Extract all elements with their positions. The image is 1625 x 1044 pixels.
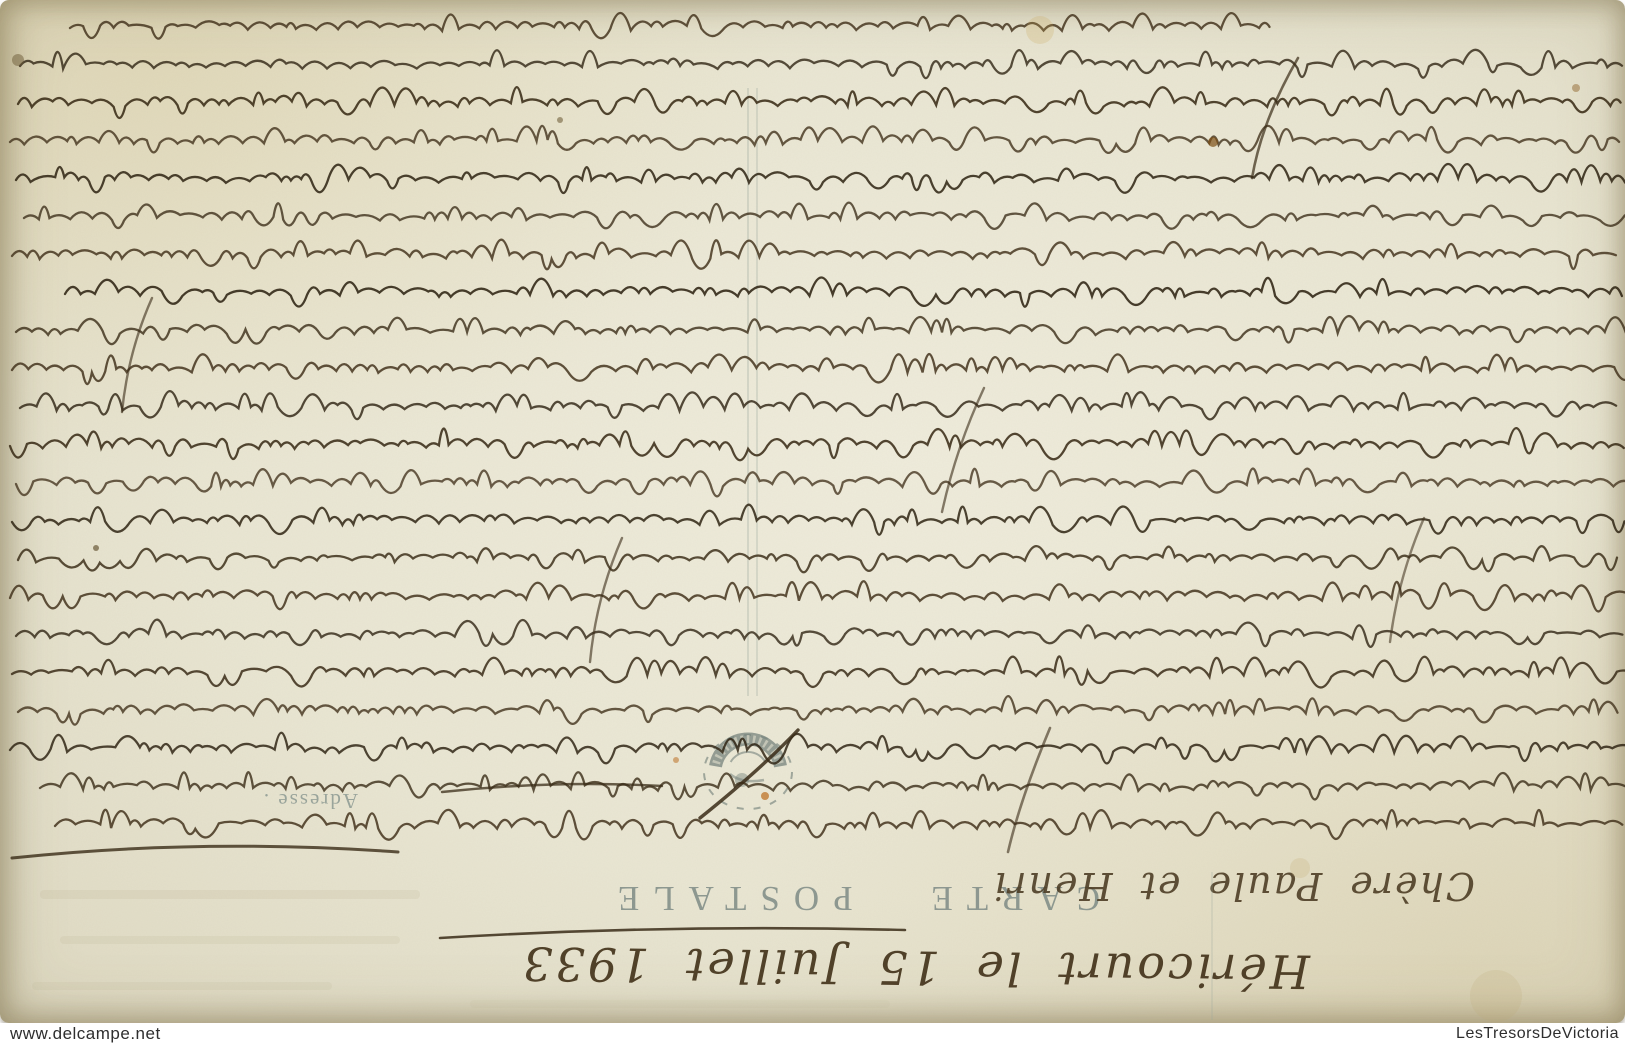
handwriting-line: [10, 428, 1624, 460]
handwriting-line: [20, 50, 1622, 78]
ghost-smudge: [470, 1000, 890, 1008]
ghost-smudge: [60, 936, 400, 944]
ink-flourish: [12, 846, 398, 858]
postmark-stamp: [704, 735, 792, 809]
ghost-smudge: [32, 982, 332, 990]
handwriting-line: [18, 696, 1618, 725]
handwriting-line: [12, 505, 1624, 535]
paper-stain: [1026, 16, 1054, 44]
handwriting-line: [10, 126, 1619, 153]
handwriting-line: [16, 164, 1625, 193]
handwriting-line: [16, 620, 1622, 647]
ghost-smudge: [40, 890, 420, 899]
paper-stain: [93, 545, 99, 551]
paper-stain: [1208, 137, 1218, 147]
paper-stain: [1572, 84, 1580, 92]
handwriting-line: [65, 278, 1622, 307]
watermark-lestresorsdevictoria: LesTresorsDeVictoria: [1456, 1023, 1619, 1044]
ink-flourish: [1390, 518, 1424, 642]
handwriting-ink-layer: [0, 0, 1625, 1044]
handwriting-line: [18, 546, 1617, 572]
watermark-bar: www.delcampe.net LesTresorsDeVictoria: [0, 1023, 1625, 1044]
paper-stain: [1470, 970, 1522, 1022]
handwriting-line: [10, 581, 1625, 611]
ink-flourish: [1252, 58, 1298, 178]
handwriting-line: [24, 203, 1625, 229]
ink-flourish: [1008, 728, 1050, 852]
handwriting-line: [16, 469, 1625, 497]
ink-flourish: [440, 928, 905, 938]
paper-stain: [12, 54, 24, 66]
handwriting-line: [16, 316, 1625, 344]
handwriting-line: [70, 13, 1270, 39]
handwriting-line: [12, 656, 1625, 687]
paper-stain: [557, 117, 563, 123]
postcard-scan-screenshot: CARTE POSTALE Adresse . Chère Paule et H…: [0, 0, 1625, 1044]
watermark-delcampe: www.delcampe.net: [10, 1023, 161, 1044]
handwriting-line: [12, 354, 1625, 384]
handwriting-line: [20, 391, 1616, 419]
handwriting-line: [10, 733, 1625, 764]
handwriting-line: [40, 772, 1625, 799]
handwriting-line: [12, 240, 1616, 270]
handwriting-line: [55, 810, 1622, 840]
handwriting-line: [18, 87, 1621, 118]
paper-stain: [761, 792, 769, 800]
ink-flourish: [122, 298, 152, 412]
paper-stain: [1290, 858, 1310, 878]
handwriting-lines: [10, 13, 1625, 840]
paper-stain: [673, 757, 679, 763]
